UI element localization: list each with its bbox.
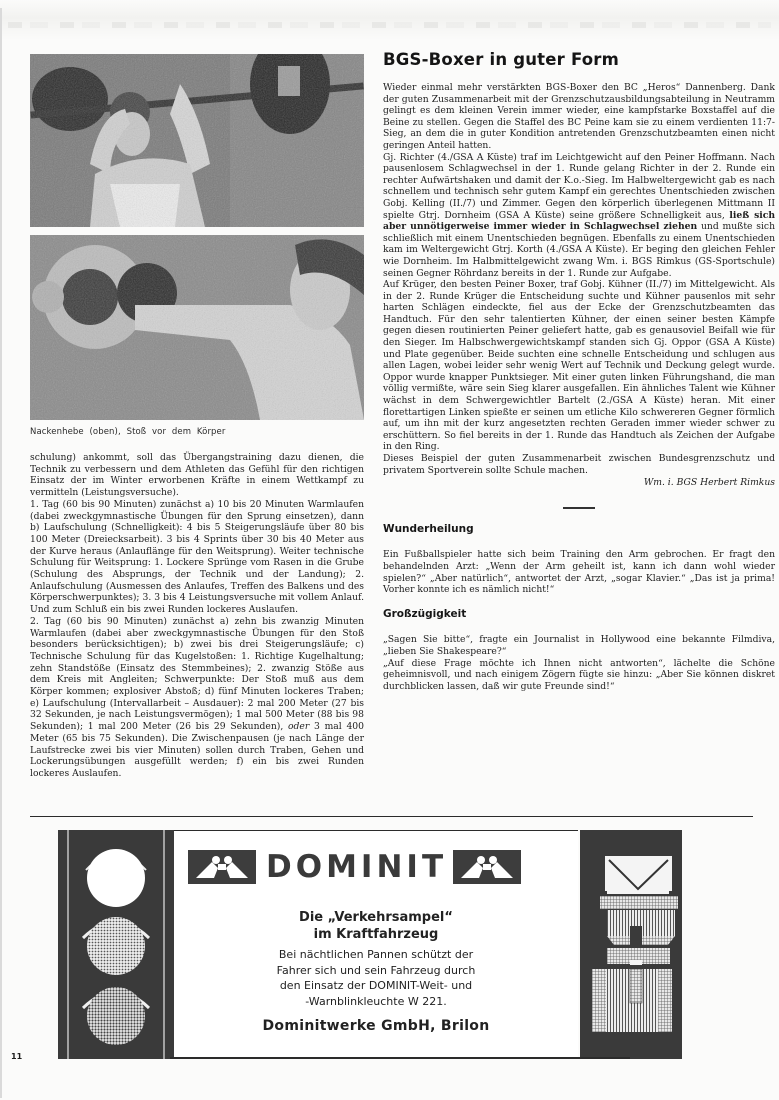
photo-front-push [30, 235, 364, 420]
scan-left-margin [0, 8, 2, 1098]
article-title-wunderheilung: Wunderheilung [383, 524, 775, 536]
emphasis: oder [288, 721, 309, 732]
photo-neck-lift [30, 54, 364, 227]
brand-row: DOMINIT [188, 849, 550, 885]
dominit-advertisement: DOMINIT Die „Verkehrsampel“ im Kraftfahr… [174, 830, 578, 1058]
weightlifter-photo-icon [30, 54, 364, 227]
wrestlers-logo-icon [453, 850, 521, 884]
page-number: 11 [11, 1052, 22, 1061]
ad-body: Bei nächtlichen Pannen schützt der Fahre… [174, 947, 578, 1009]
ad-bottom-rule [170, 1057, 630, 1059]
ad-top-rule [30, 816, 753, 817]
ad-body-line: Bei nächtlichen Pannen schützt der [174, 947, 578, 963]
ad-headline-1: Die „Verkehrsampel“ [174, 909, 578, 926]
ad-company: Dominitwerke GmbH, Brilon [174, 1018, 578, 1034]
paragraph: „Sagen Sie bitte“, fragte ein Journalist… [383, 634, 775, 657]
training-article-column: schulung) ankommt, soll das Übergangstra… [30, 452, 364, 780]
ad-body-line: Fahrer sich und sein Fahrzeug durch [174, 963, 578, 979]
paragraph: „Auf diese Frage möchte ich Ihnen nicht … [383, 658, 775, 693]
brand-name: DOMINIT [266, 850, 447, 884]
weightlifter-photo-icon [30, 235, 364, 420]
paragraph: Gj. Richter (4./GSA A Küste) traf im Lei… [383, 152, 775, 280]
traffic-light-icon [58, 830, 174, 1059]
paragraph: schulung) ankommt, soll das Übergangstra… [30, 452, 364, 499]
warning-lamp-illustration [580, 830, 682, 1059]
scan-top-edge [0, 0, 779, 40]
spacer [383, 596, 775, 609]
paragraph-text: Gj. Richter (4./GSA A Küste) traf im Lei… [383, 152, 775, 221]
warning-lamp-icon [580, 830, 682, 1059]
article-title-boxing: BGS-Boxer in guter Form [383, 50, 619, 69]
traffic-light-illustration [58, 830, 174, 1059]
author-signature: Wm. i. BGS Herbert Rimkus [383, 477, 775, 489]
paragraph: Auf Krüger, den besten Peiner Boxer, tra… [383, 279, 775, 453]
photo-caption: Nackenhebe (oben), Stoß vor dem Körper [30, 427, 364, 437]
ad-copy: Die „Verkehrsampel“ im Kraftfahrzeug Bei… [174, 909, 578, 1034]
paragraph: 2. Tag (60 bis 90 Minuten) zunächst a) z… [30, 616, 364, 780]
ad-body-line: -Warnblinkleuchte W 221. [174, 994, 578, 1010]
section-divider [563, 507, 595, 509]
paragraph: Ein Fußballspieler hatte sich beim Train… [383, 549, 775, 595]
boxing-article-column: Wieder einmal mehr verstärkten BGS-Boxer… [383, 82, 775, 692]
paragraph-text: 2. Tag (60 bis 90 Minuten) zunächst a) z… [30, 616, 364, 732]
paragraph: Wieder einmal mehr verstärkten BGS-Boxer… [383, 82, 775, 152]
article-title-grosszuegigkeit: Großzügigkeit [383, 609, 775, 621]
paragraph: 1. Tag (60 bis 90 Minuten) zunächst a) 1… [30, 499, 364, 616]
ad-headline-2: im Kraftfahrzeug [174, 926, 578, 943]
wrestlers-logo-icon [188, 850, 256, 884]
ad-body-line: den Einsatz der DOMINIT-Weit- und [174, 978, 578, 994]
paragraph: Dieses Beispiel der guten Zusammenarbeit… [383, 453, 775, 476]
